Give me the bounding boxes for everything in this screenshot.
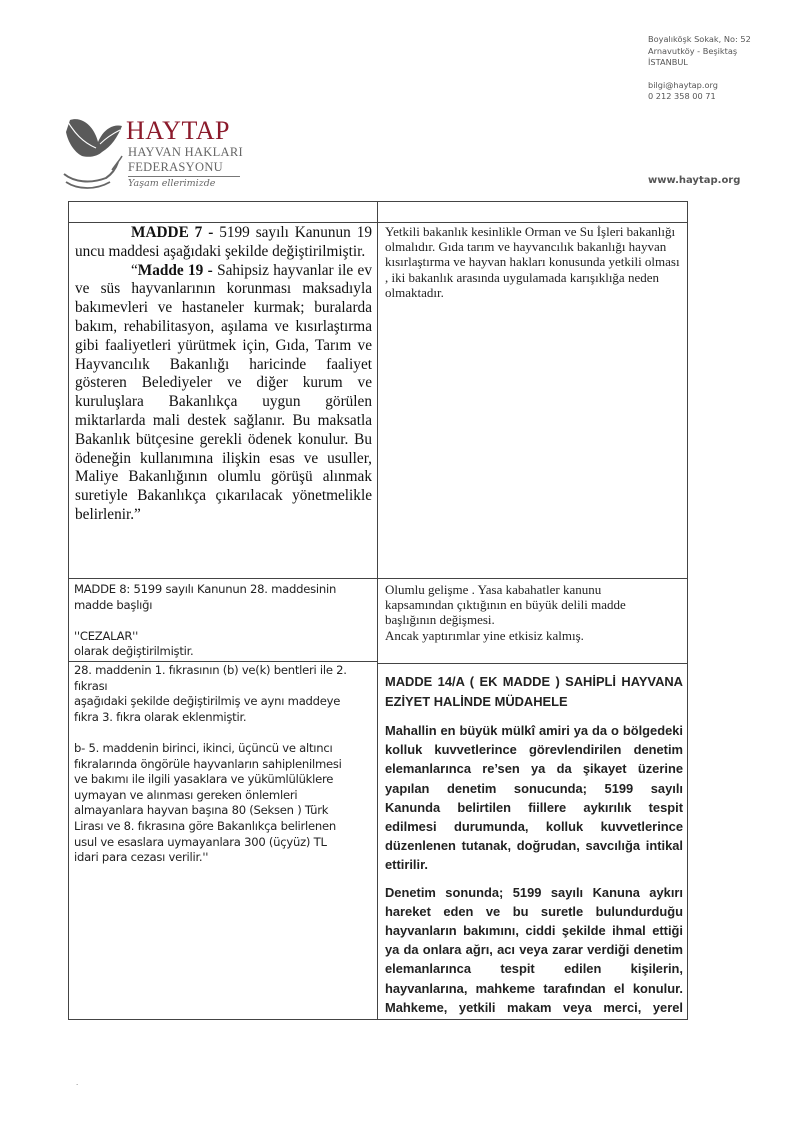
footer-mark: . [76,1078,78,1087]
madde-14a-paragraph-1: Mahallin en büyük mülkî amiri ya da o bö… [385,721,683,875]
comparison-table: MADDE 7 - 5199 sayılı Kanunun 19 uncu ma… [68,201,688,1020]
butterfly-hand-icon [60,112,130,196]
email-text: bilgi@haytap.org [648,80,751,92]
website-text: www.haytap.org [648,175,740,186]
address-line: Boyalıköşk Sokak, No: 52 [648,34,751,46]
haytap-logo: HAYTAP HAYVAN HAKLARI FEDERASYONU Yaşam … [60,112,300,198]
column-divider [377,202,378,1019]
row2-right-cell: Olumlu gelişme . Yasa kabahatler kanunu … [385,582,685,643]
row3-right-cell: MADDE 14/A ( EK MADDE ) SAHİPLİ HAYVANA … [385,672,683,1019]
comment-text: Yetkili bakanlık kesinlikle Orman ve Su … [385,224,685,300]
logo-subtitle-1: HAYVAN HAKLARI [128,145,243,160]
address-line: İSTANBUL [648,57,751,69]
logo-rule [128,176,240,177]
row-divider [69,661,377,662]
phone-text: 0 212 358 00 71 [648,91,751,103]
logo-brand: HAYTAP [126,116,230,146]
madde-7-paragraph: MADDE 7 - 5199 sayılı Kanunun 19 uncu ma… [75,224,372,262]
row2-left-cell: MADDE 8: 5199 sayılı Kanunun 28. maddesi… [74,582,374,660]
row1-left-cell: MADDE 7 - 5199 sayılı Kanunun 19 uncu ma… [75,224,372,525]
letterhead-address: Boyalıköşk Sokak, No: 52 Arnavutköy - Be… [648,34,751,103]
row3-left-cell: 28. maddenin 1. fıkrasının (b) ve(k) ben… [74,663,374,866]
row-divider [69,222,687,223]
madde-14a-title: MADDE 14/A ( EK MADDE ) SAHİPLİ HAYVANA … [385,672,683,712]
address-line: Arnavutköy - Beşiktaş [648,46,751,58]
madde-14a-paragraph-2: Denetim sonunda; 5199 sayılı Kanuna aykı… [385,883,683,1019]
row-divider [69,578,687,579]
madde-19-paragraph: “Madde 19 - Sahipsiz hayvanlar ile ev ve… [75,262,372,525]
logo-tagline: Yaşam ellerimizde [128,178,215,189]
row-divider [378,663,687,664]
row1-right-cell: Yetkili bakanlık kesinlikle Orman ve Su … [385,224,685,300]
logo-subtitle-2: FEDERASYONU [128,160,223,175]
